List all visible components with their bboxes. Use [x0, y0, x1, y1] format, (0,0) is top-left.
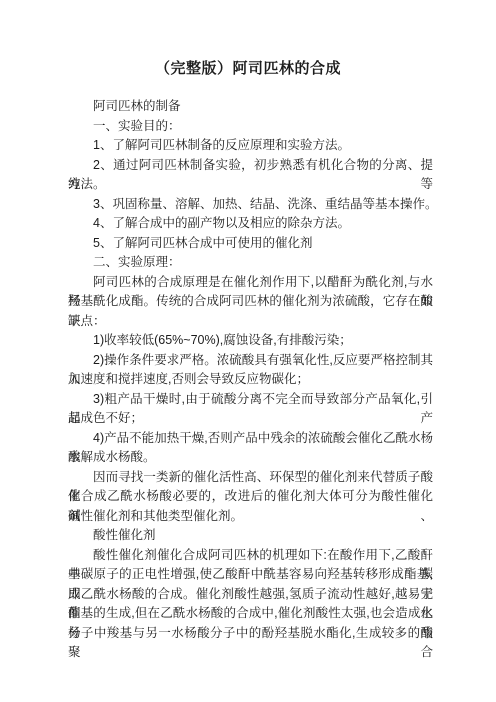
text-line: 羟基酰化成酯。传统的合成阿司匹林的催化剂为浓硫酸，它存在如下: [68, 292, 433, 312]
text-line: 水解成水杨酸。: [68, 448, 433, 468]
text-line: 一、实验目的：: [68, 117, 433, 137]
document-title: （完整版）阿司匹林的合成: [0, 0, 496, 79]
text-line: 2)操作条件要求严格。浓硫酸具有强氧化性,反应要严格控制其加: [68, 351, 433, 371]
text-line: 1)收率较低(65%~70%),腐蚀设备,有排酸污染；: [68, 331, 433, 351]
text-line: 成乙酰水杨酸的合成。催化剂酸性越强,氢质子流动性越好,越易于催化: [68, 585, 433, 605]
text-line: 阿司匹林的制备: [68, 97, 433, 117]
text-line: 酯基的生成,但在乙酰水杨酸的合成中,催化剂酸性太强,也会造成水杨酸: [68, 604, 433, 624]
text-line: 阿司匹林的合成原理是在催化剂作用下,以醋酐为酰化剂,与水杨酸: [68, 273, 433, 293]
text-line: 分子中羧基与另一水杨酸分子中的酚羟基脱水酯化,生成较多的酯聚合: [68, 624, 433, 644]
text-line: 二、实验原理：: [68, 253, 433, 273]
document-page: （完整版）阿司匹林的合成 阿司匹林的制备一、实验目的：1、了解阿司匹林制备的反应…: [0, 0, 496, 702]
text-line: 基碳原子的正电性增强,使乙酸酐中酰基容易向羟基转移形成酯基,即完: [68, 565, 433, 585]
text-line: 酸性催化剂催化合成阿司匹林的机理如下:在酸作用下,乙酸酐中羰: [68, 546, 433, 566]
text-line: 因而寻找一类新的催化活性高、环保型的催化剂来代替质子酸催: [68, 468, 433, 488]
text-line: 1、了解阿司匹林制备的反应原理和实验方法。: [68, 136, 433, 156]
text-line: 化合成乙酰水杨酸必要的，改进后的催化剂大体可分为酸性催化剂、: [68, 487, 433, 507]
text-line: 入速度和搅拌速度,否则会导致反应物碳化；: [68, 370, 433, 390]
text-line: 酸性催化剂: [68, 526, 433, 546]
text-line: 3、巩固称量、溶解、加热、结晶、洗涤、重结晶等基本操作。: [68, 195, 433, 215]
text-line: 4)产品不能加热干燥,否则产品中残余的浓硫酸会催化乙酰水杨酸: [68, 429, 433, 449]
text-line: 3)粗产品干燥时,由于硫酸分离不完全而导致部分产品氧化,引起产: [68, 390, 433, 410]
text-line: 缺点：: [68, 312, 433, 332]
text-line: 2、通过阿司匹林制备实验，初步熟悉有机化合物的分离、提纯等: [68, 156, 433, 176]
text-line: 4、了解合成中的副产物以及相应的除杂方法。: [68, 214, 433, 234]
document-body: 阿司匹林的制备一、实验目的：1、了解阿司匹林制备的反应原理和实验方法。2、通过阿…: [68, 97, 433, 643]
text-line: 5、了解阿司匹林合成中可使用的催化剂: [68, 234, 433, 254]
